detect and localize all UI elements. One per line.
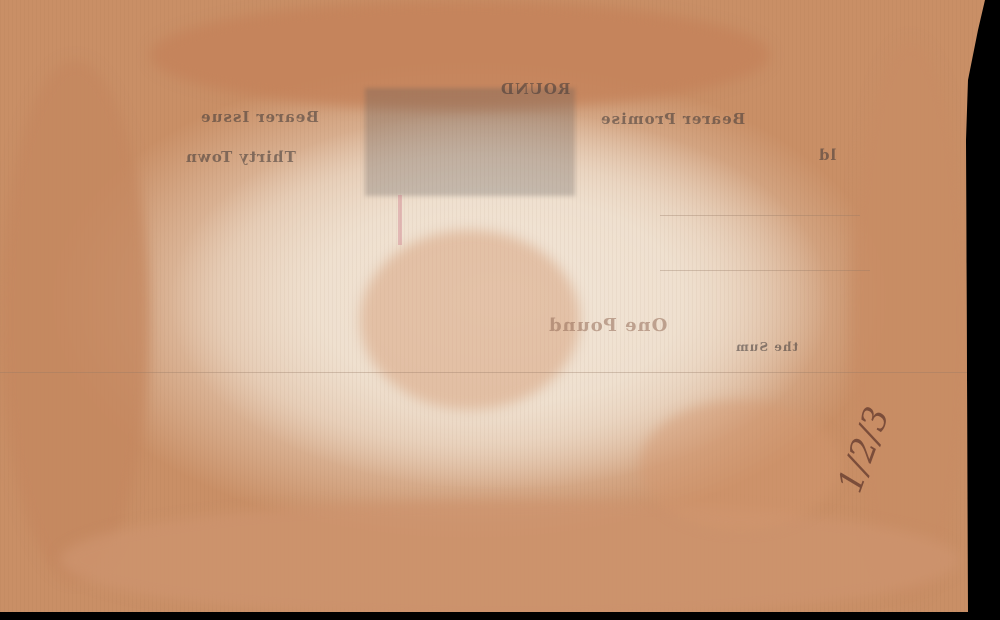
- stain-right: [850, 40, 970, 600]
- bleed-text-2: Bearer Issue: [200, 108, 319, 126]
- stain-lower-right: [640, 400, 840, 530]
- document-paper: ROUND Bearer Issue Thirty Town Bearer Pr…: [0, 0, 1000, 612]
- red-mark: [398, 195, 402, 245]
- bleed-text-3: Thirty Town: [185, 148, 296, 166]
- fold-line: [0, 372, 968, 373]
- bleed-text-1: ROUND: [500, 80, 570, 98]
- bleed-text-6: One Pound: [548, 315, 667, 336]
- bleed-text-4: Bearer Promise: [600, 110, 745, 128]
- stain-center: [360, 230, 580, 410]
- bleed-text-5: ld: [818, 146, 836, 164]
- seal-bleed-through: [365, 88, 575, 196]
- bleed-text-7: the Sum: [735, 340, 798, 354]
- rule-line-2: [660, 270, 870, 271]
- rule-line-1: [660, 215, 860, 216]
- stain-left: [0, 60, 150, 580]
- stain-bottom: [60, 500, 960, 620]
